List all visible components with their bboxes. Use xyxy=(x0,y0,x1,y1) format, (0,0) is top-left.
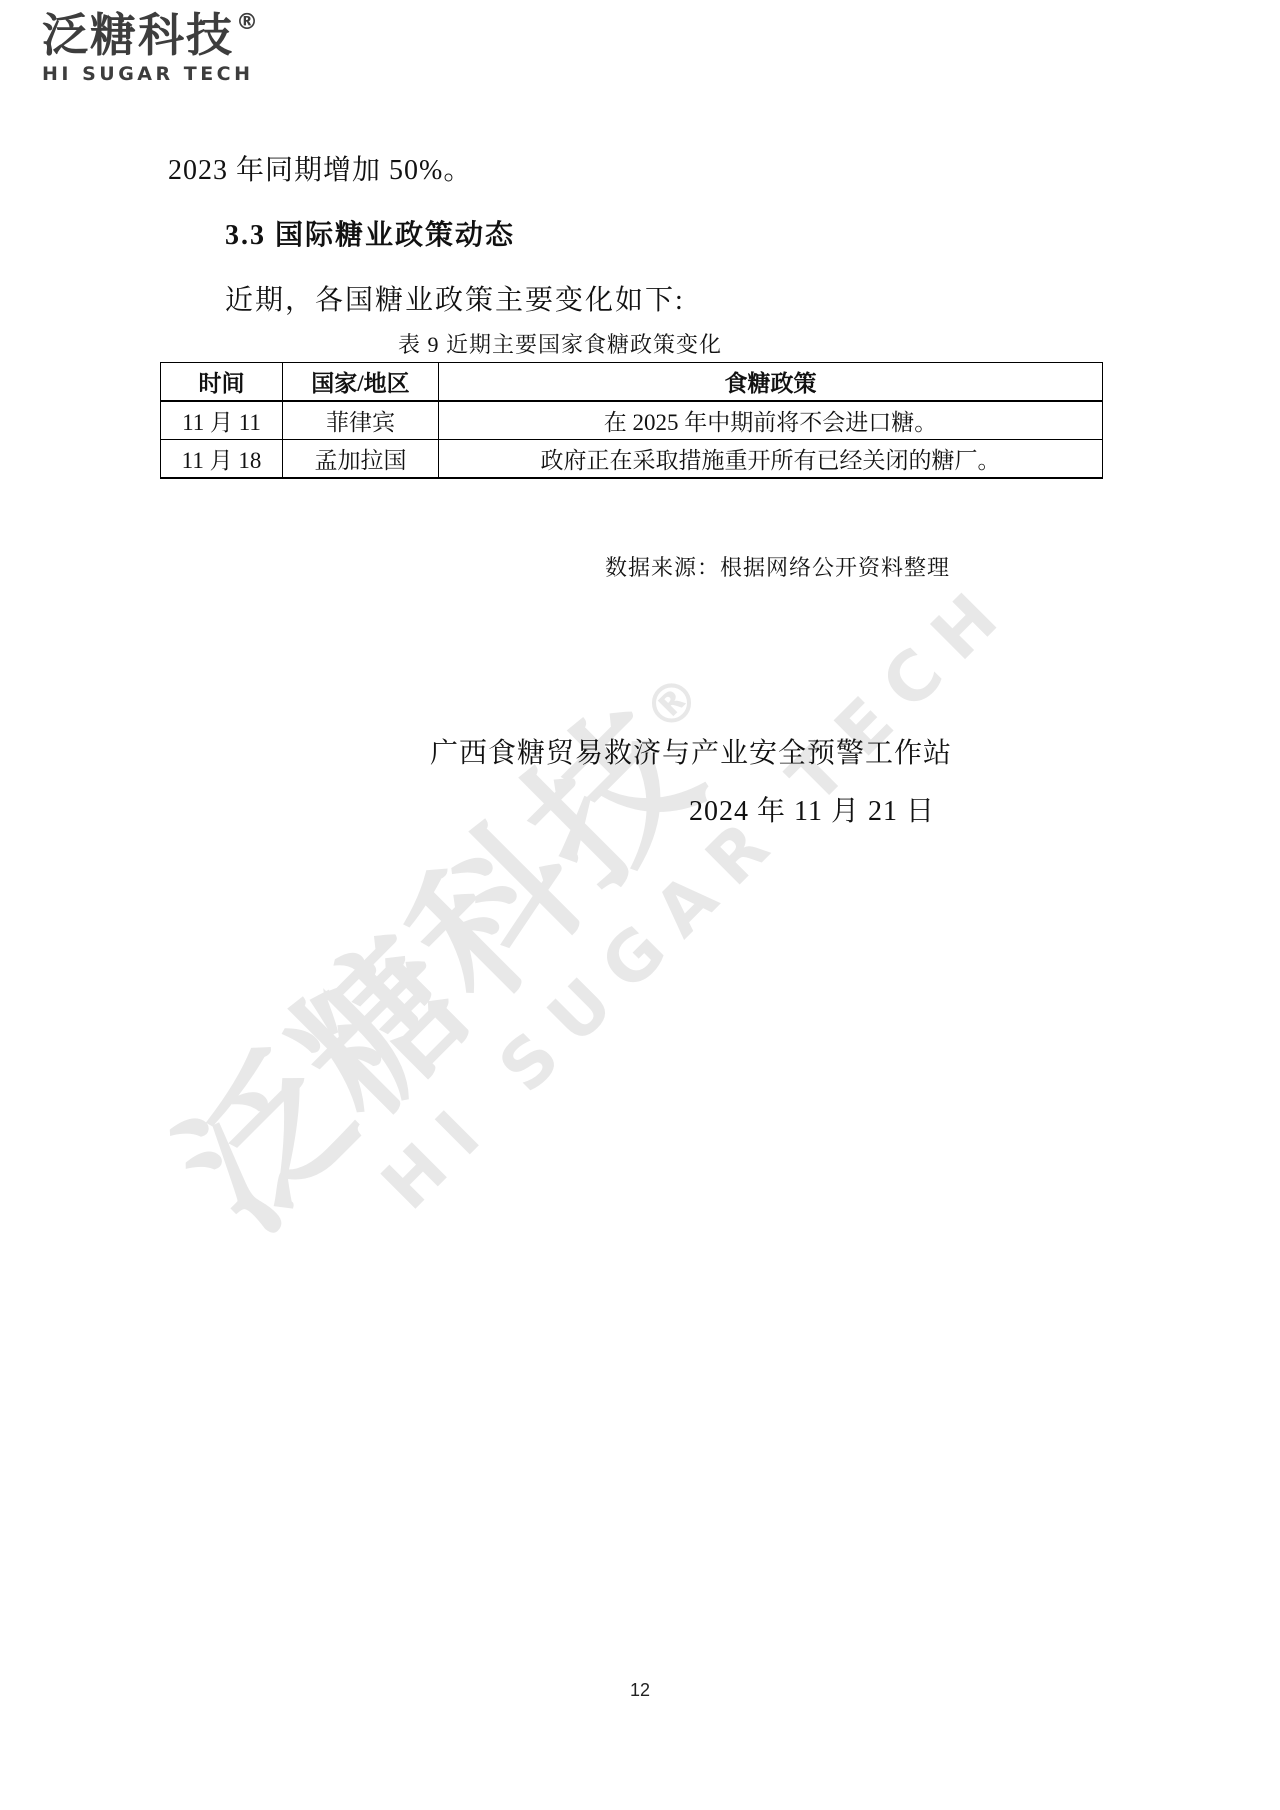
paragraph-continuation: 2023 年同期增加 50%。 xyxy=(168,148,472,188)
table-cell-time: 11 月 11 xyxy=(161,401,283,440)
issue-date: 2024 年 11 月 21 日 xyxy=(689,789,935,829)
paragraph-intro: 近期，各国糖业政策主要变化如下: xyxy=(225,278,685,318)
logo-registered-icon: ® xyxy=(236,10,260,35)
data-source-note: 数据来源：根据网络公开资料整理 xyxy=(605,551,950,582)
table-header-time: 时间 xyxy=(161,363,283,402)
table-row: 11 月 18 孟加拉国 政府正在采取措施重开所有已经关闭的糖厂。 xyxy=(161,440,1103,479)
watermark-english-text: HI SUGAR TECH xyxy=(280,570,1024,1314)
table-cell-policy: 政府正在采取措施重开所有已经关闭的糖厂。 xyxy=(439,440,1103,479)
table-header-row: 时间 国家/地区 食糖政策 xyxy=(161,363,1103,402)
table-header-country: 国家/地区 xyxy=(283,363,439,402)
table-cell-time: 11 月 18 xyxy=(161,440,283,479)
document-page: 泛糖科技® HI SUGAR TECH 泛糖科技® HI SUGAR TECH … xyxy=(0,0,1280,1810)
logo-chinese-name: 泛糖科技® xyxy=(42,10,260,61)
policy-table: 时间 国家/地区 食糖政策 11 月 11 菲律宾 在 2025 年中期前将不会… xyxy=(160,362,1103,479)
logo-english-name: HI SUGAR TECH xyxy=(42,63,260,85)
table-cell-country: 菲律宾 xyxy=(283,401,439,440)
table-caption: 表 9 近期主要国家食糖政策变化 xyxy=(0,328,1120,359)
page-number: 12 xyxy=(0,1680,1280,1701)
logo-cn-label: 泛糖科技 xyxy=(42,8,234,62)
issuer-signature: 广西食糖贸易救济与产业安全预警工作站 xyxy=(430,731,952,771)
table-header-policy: 食糖政策 xyxy=(439,363,1103,402)
table-row: 11 月 11 菲律宾 在 2025 年中期前将不会进口糖。 xyxy=(161,401,1103,440)
table-cell-policy: 在 2025 年中期前将不会进口糖。 xyxy=(439,401,1103,440)
company-logo: 泛糖科技® HI SUGAR TECH xyxy=(42,10,260,85)
section-heading: 3.3 国际糖业政策动态 xyxy=(225,213,515,253)
table-cell-country: 孟加拉国 xyxy=(283,440,439,479)
